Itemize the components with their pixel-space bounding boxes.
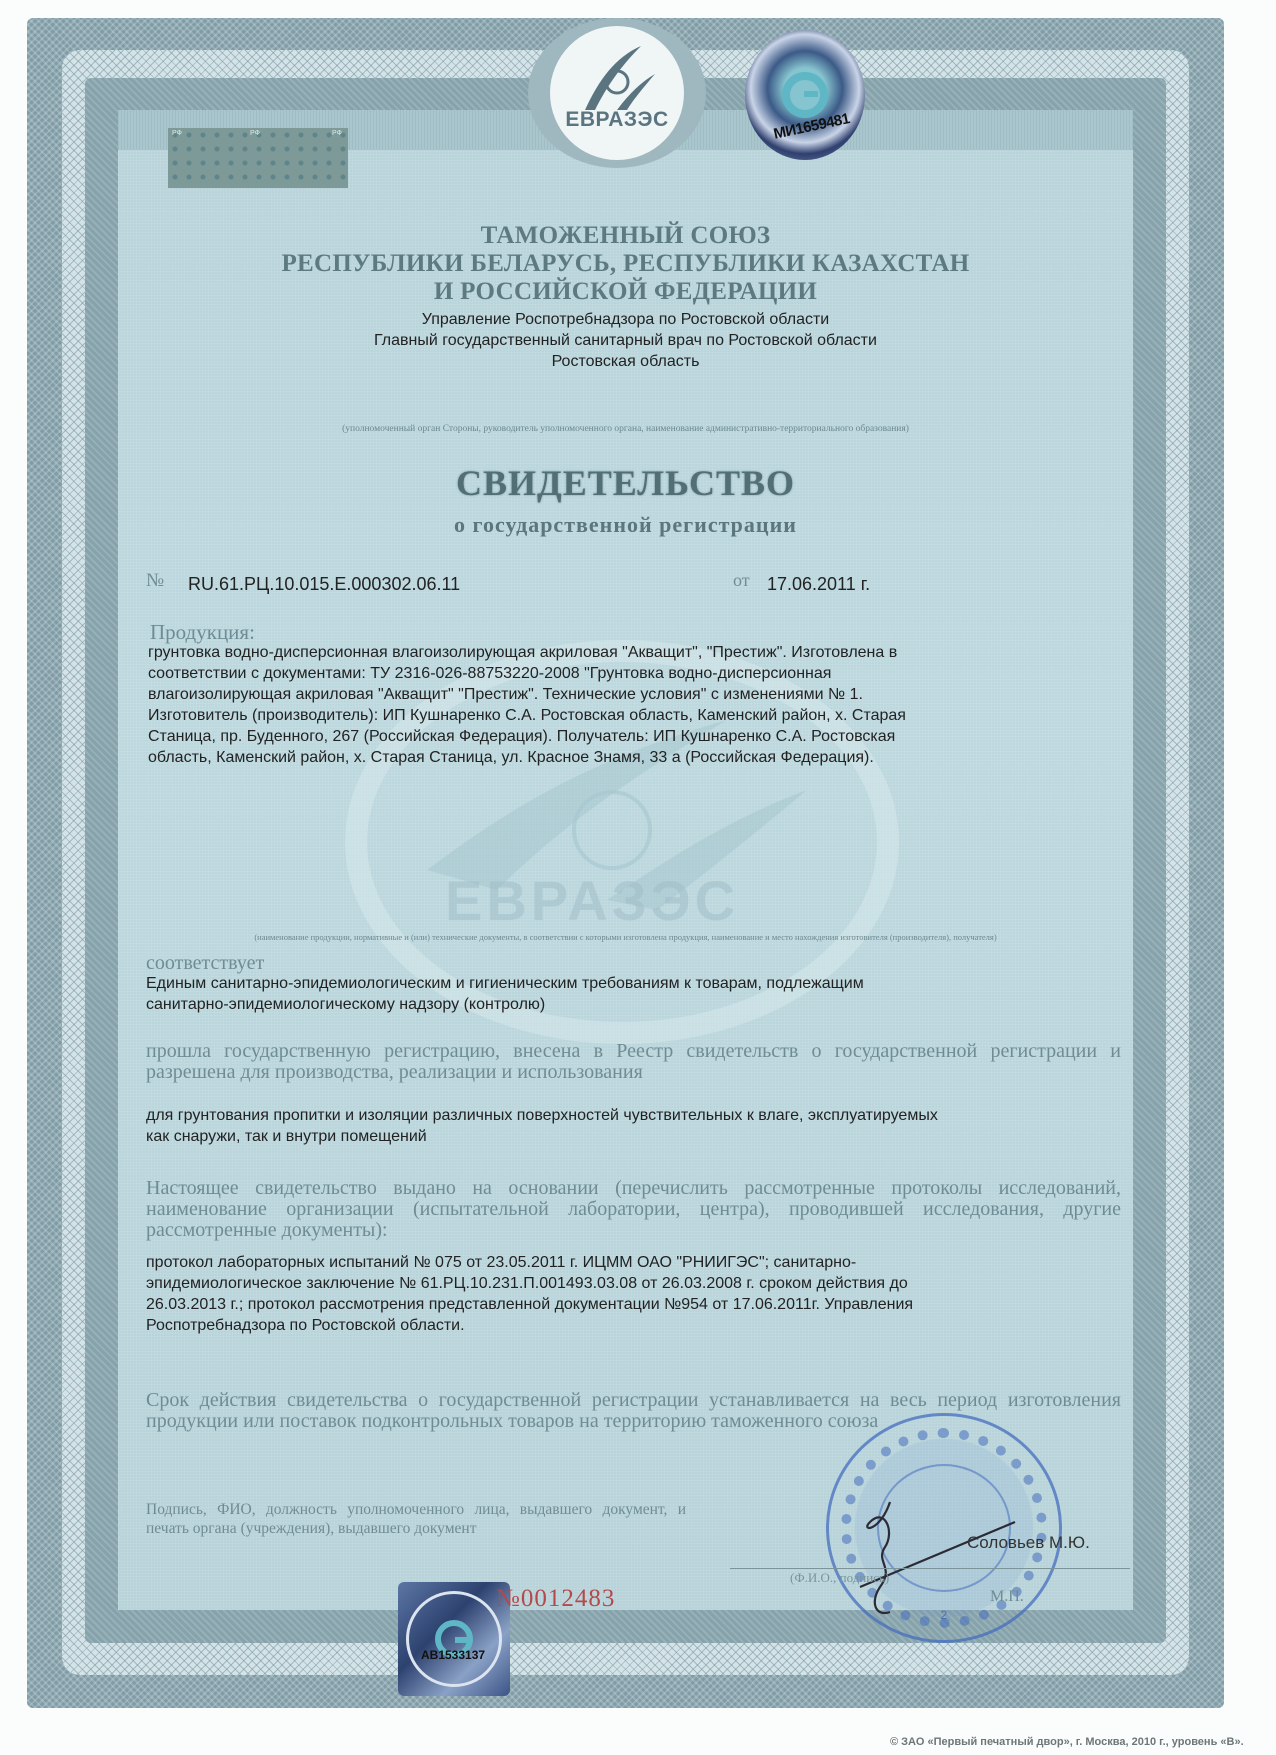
header-line-1: ТАМОЖЕННЫЙ СОЮЗ bbox=[118, 222, 1133, 250]
basis-line: протокол лабораторных испытаний № 075 от… bbox=[146, 1252, 1126, 1273]
form-serial-number: №0012483 bbox=[496, 1585, 615, 1613]
product-line: влагоизолирующая акриловая "Акващит" "Пр… bbox=[148, 684, 1108, 705]
seal-mark: М.П. bbox=[990, 1588, 1024, 1606]
registration-number-label: № bbox=[146, 570, 164, 592]
registration-number: RU.61.РЦ.10.015.Е.000302.06.11 bbox=[188, 574, 460, 595]
authority-caption: (уполномоченный орган Стороны, руководит… bbox=[118, 424, 1133, 434]
product-line: Изготовитель (производитель): ИП Кушнаре… bbox=[148, 705, 1108, 726]
basis-line: 26.03.2013 г.; протокол рассмотрения пре… bbox=[146, 1294, 1126, 1315]
hologram-ring: АВ1533137 bbox=[406, 1591, 502, 1687]
compliance-line: санитарно-эпидемиологическому надзору (к… bbox=[146, 994, 1126, 1015]
eurasec-logo: ЕВРАЗЭС bbox=[550, 26, 684, 160]
registration-statement: прошла государственную регистрацию, внес… bbox=[146, 1041, 1121, 1083]
header-line-3: И РОССИЙСКОЙ ФЕДЕРАЦИИ bbox=[118, 278, 1133, 306]
header-line-2: РЕСПУБЛИКИ БЕЛАРУСЬ, РЕСПУБЛИКИ КАЗАХСТА… bbox=[118, 250, 1133, 278]
hologram-sticker-top: МИ1659481 bbox=[745, 30, 865, 160]
signatory-name: Соловьев М.Ю. bbox=[967, 1533, 1090, 1553]
eurasec-emblem-icon bbox=[577, 44, 657, 114]
product-line: соответствии с документами: ТУ 2316-026-… bbox=[148, 663, 1108, 684]
basis-documents: протокол лабораторных испытаний № 075 от… bbox=[146, 1252, 1126, 1336]
microtext: РФ bbox=[250, 130, 260, 137]
watermark-text: ЕВРАЗЭС bbox=[445, 868, 739, 933]
registration-date-label: от bbox=[733, 570, 750, 591]
hologram-g-icon bbox=[782, 72, 828, 118]
signature-line-caption: (Ф.И.О., подпись) bbox=[790, 1570, 889, 1586]
document-subtitle: о государственной регистрации bbox=[118, 512, 1133, 538]
usage-scope: для грунтования пропитки и изоляции разл… bbox=[146, 1105, 1126, 1147]
authority-line-1: Управление Роспотребнадзора по Ростовско… bbox=[118, 311, 1133, 329]
authority-line-2: Главный государственный санитарный врач … bbox=[118, 332, 1133, 350]
microtext: РФ bbox=[332, 130, 342, 137]
basis-line: эпидемиологическое заключение № 61.РЦ.10… bbox=[146, 1273, 1126, 1294]
authority-line-3: Ростовская область bbox=[118, 353, 1133, 371]
product-caption: (наименование продукции, нормативные и (… bbox=[118, 932, 1133, 942]
usage-line: как снаружи, так и внутри помещений bbox=[146, 1126, 1126, 1147]
eurasec-logo-badge: ЕВРАЗЭС bbox=[528, 18, 706, 168]
basis-line: Роспотребнадзора по Ростовской области. bbox=[146, 1315, 1126, 1336]
product-line: грунтовка водно-дисперсионная влагоизоли… bbox=[148, 642, 1108, 663]
microtext: РФ bbox=[172, 130, 182, 137]
product-line: Станица, пр. Буденного, 267 (Российская … bbox=[148, 726, 1108, 747]
compliance-text: Единым санитарно-эпидемиологическим и ги… bbox=[146, 973, 1126, 1015]
basis-statement: Настоящее свидетельство выдано на основа… bbox=[146, 1178, 1121, 1241]
signature-label: Подпись, ФИО, должность уполномоченного … bbox=[146, 1500, 686, 1538]
document-title: СВИДЕТЕЛЬСТВО bbox=[118, 462, 1133, 504]
hologram-sticker-bottom: АВ1533137 bbox=[398, 1582, 510, 1696]
usage-line: для грунтования пропитки и изоляции разл… bbox=[146, 1105, 1126, 1126]
security-microtext-patch: РФ РФ РФ bbox=[168, 128, 348, 188]
hologram-number-bottom: АВ1533137 bbox=[421, 1648, 485, 1662]
compliance-label: соответствует bbox=[146, 952, 264, 975]
compliance-line: Единым санитарно-эпидемиологическим и ги… bbox=[146, 973, 1126, 994]
signature-line bbox=[730, 1568, 1130, 1569]
printer-footer: © ЗАО «Первый печатный двор», г. Москва,… bbox=[890, 1736, 1244, 1748]
product-description: грунтовка водно-дисперсионная влагоизоли… bbox=[148, 642, 1108, 768]
product-line: область, Каменский район, х. Старая Стан… bbox=[148, 747, 1108, 768]
registration-date: 17.06.2011 г. bbox=[767, 574, 870, 595]
